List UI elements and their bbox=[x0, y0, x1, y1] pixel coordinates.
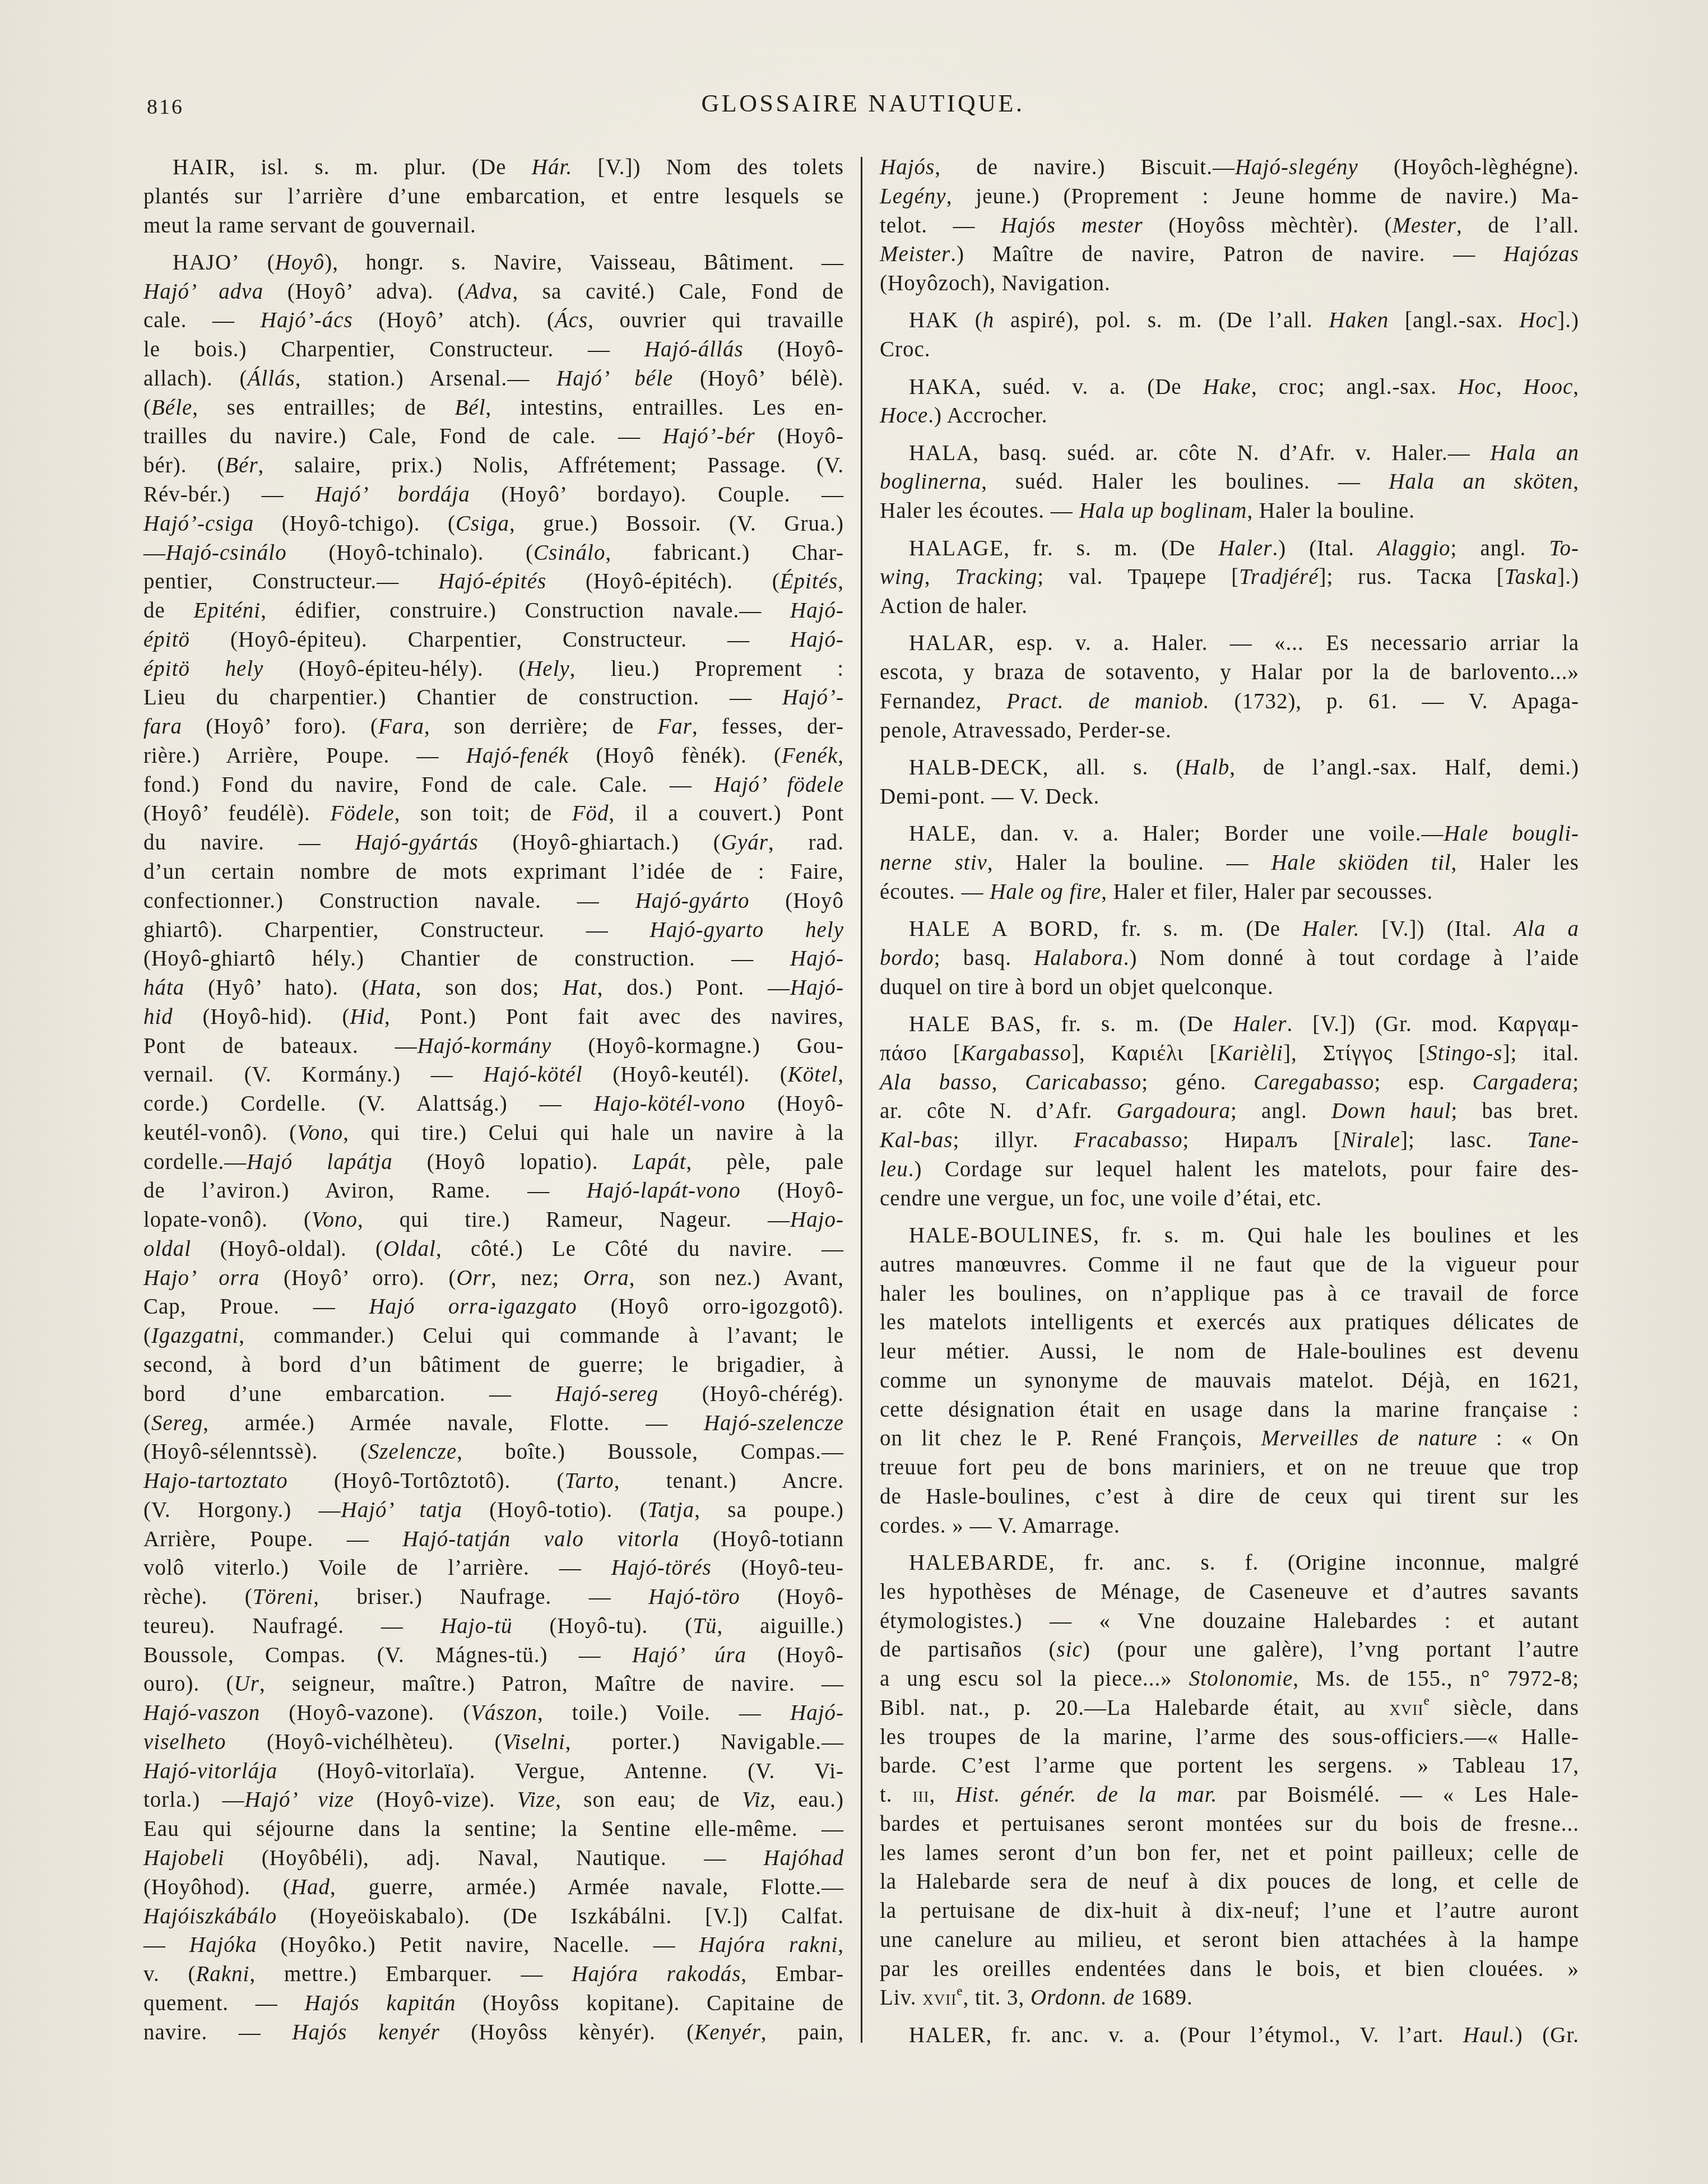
italic-text: Karièli bbox=[1217, 1041, 1283, 1065]
text-line: viselheto (Hoyô-vichélhèteu). (Viselni, … bbox=[143, 1728, 844, 1757]
italic-text: Ordonn. de bbox=[1031, 1986, 1135, 2010]
italic-text: Hajó-lapát-vono bbox=[587, 1179, 741, 1203]
entry-headword: HAIR bbox=[173, 155, 229, 179]
italic-text: Hooc bbox=[1524, 375, 1573, 399]
italic-text: Tü bbox=[693, 1614, 717, 1638]
italic-text: Meister bbox=[880, 242, 950, 266]
italic-text: Nirale bbox=[1341, 1128, 1400, 1152]
italic-text: Csiga bbox=[456, 512, 509, 536]
italic-text: Ács bbox=[555, 308, 588, 332]
text-line: Fernandez, Pract. de maniob. (1732), p. … bbox=[880, 687, 1579, 716]
text-line: les hypothèses de Ménage, de Caseneuve e… bbox=[880, 1578, 1579, 1607]
italic-text: Oldal bbox=[383, 1237, 436, 1261]
italic-text: Orr bbox=[456, 1266, 491, 1290]
text-line: boglinerna, suéd. Haler les boulines. — … bbox=[880, 467, 1579, 497]
text-line: second, à bord d’un bâtiment de guerre; … bbox=[143, 1351, 844, 1380]
text-line: Lieu du charpentier.) Chantier de constr… bbox=[143, 683, 844, 712]
text-line: Haler les écoutes. — Hala up boglinam, H… bbox=[880, 497, 1579, 526]
italic-text: Sereg bbox=[151, 1411, 203, 1435]
entry-headword: HALE BAS bbox=[909, 1012, 1036, 1036]
column-right: Hajós, de navire.) Biscuit.—Hajó-slegény… bbox=[880, 153, 1579, 2050]
italic-text: Hajózas bbox=[1503, 242, 1579, 266]
small-caps-text: xvii bbox=[922, 1986, 957, 2010]
italic-text: Tarto bbox=[565, 1469, 614, 1493]
text-line: escota, y braza de sotavento, y Halar po… bbox=[880, 658, 1579, 687]
italic-text: Kal-bas bbox=[880, 1128, 953, 1152]
italic-text: Hajó’ béle bbox=[556, 367, 673, 391]
italic-text: Hajó-állás bbox=[644, 337, 744, 361]
text-line: la Halebarde sera de neuf à dix pouces d… bbox=[880, 1867, 1579, 1896]
entry-headword: HALAR bbox=[909, 631, 988, 655]
italic-text: Hely bbox=[526, 657, 570, 681]
italic-text: Alaggio bbox=[1377, 536, 1451, 560]
italic-text: Fenék bbox=[782, 744, 838, 768]
text-line: allach). (Állás, station.) Arsenal.— Haj… bbox=[143, 364, 844, 393]
italic-text: Vászon bbox=[471, 1701, 537, 1725]
italic-text: Hid bbox=[350, 1005, 385, 1029]
text-line: leur métier. Aussi, le nom de Hale-bouli… bbox=[880, 1337, 1579, 1366]
italic-text: Mester bbox=[1393, 214, 1456, 238]
italic-text: Epiténi bbox=[194, 599, 261, 623]
italic-text: Legény bbox=[880, 184, 946, 208]
italic-text: Hajós mester bbox=[1001, 214, 1143, 238]
text-line: cale. — Hajó’-ács (Hoyô’ atch). (Ács, ou… bbox=[143, 306, 844, 335]
text-line: écoutes. — Hale og fire, Haler et filer,… bbox=[880, 878, 1579, 907]
text-line: (Hoyô’ feudélè). Födele, son toit; de Fö… bbox=[143, 799, 844, 828]
italic-text: Hajó- bbox=[790, 599, 844, 623]
text-line: ar. côte N. d’Afr. Gargadoura; angl. Dow… bbox=[880, 1097, 1579, 1126]
italic-text: Taska bbox=[1505, 565, 1558, 589]
italic-text: wing bbox=[880, 565, 925, 589]
italic-text: Hajóka bbox=[189, 1933, 257, 1957]
text-line: HALE A BORD, fr. s. m. (De Haler. [V.]) … bbox=[880, 915, 1579, 944]
italic-text: Lapát bbox=[633, 1150, 686, 1174]
italic-text: Rakni bbox=[196, 1962, 249, 1986]
text-line: cordes. » — V. Amarrage. bbox=[880, 1511, 1579, 1541]
italic-text: Hajo- bbox=[790, 1208, 844, 1232]
text-line: le bois.) Charpentier, Constructeur. — H… bbox=[143, 335, 844, 364]
italic-text: Vize bbox=[517, 1788, 555, 1812]
text-line: Kal-bas; illyr. Fracabasso; Ниралъ [Nira… bbox=[880, 1126, 1579, 1155]
italic-text: Ala a bbox=[1514, 917, 1579, 941]
glossary-entry: HAK (h aspiré), pol. s. m. (De l’all. Ha… bbox=[880, 306, 1579, 364]
italic-text: viselheto bbox=[143, 1730, 226, 1754]
text-line: HALE, dan. v. a. Haler; Border une voile… bbox=[880, 819, 1579, 848]
italic-text: Hajó’ bordája bbox=[315, 483, 470, 507]
text-line: Hajó-vitorlája (Hoyô-vitorlaïa). Vergue,… bbox=[143, 1757, 844, 1786]
italic-text: Hajóhad bbox=[764, 1846, 844, 1870]
italic-text: Hata bbox=[370, 976, 416, 1000]
italic-text: Haken bbox=[1329, 308, 1389, 332]
italic-text: Hoyô bbox=[275, 251, 324, 275]
italic-text: boglinerna bbox=[880, 470, 981, 494]
italic-text: Hajó-csinálo bbox=[166, 541, 287, 565]
italic-text: Hajó-gyárto bbox=[635, 889, 750, 913]
italic-text: Hajó-tatján valo vitorla bbox=[402, 1527, 679, 1551]
italic-text: Állás bbox=[247, 367, 295, 391]
italic-text: Cargadera bbox=[1472, 1070, 1572, 1095]
text-line: par les oreilles endentées dans le bois,… bbox=[880, 1955, 1579, 1984]
glossary-entry: HAIR, isl. s. m. plur. (De Hár. [V.]) No… bbox=[143, 153, 844, 240]
text-line: les lames seront d’un bon fer, net et po… bbox=[880, 1839, 1579, 1868]
text-line: (Hoyôzoch), Navigation. bbox=[880, 269, 1579, 298]
text-line: rèche). (Töreni, briser.) Naufrage. — Ha… bbox=[143, 1583, 844, 1612]
italic-text: Haul. bbox=[1463, 2023, 1515, 2047]
text-line: HAK (h aspiré), pol. s. m. (De l’all. Ha… bbox=[880, 306, 1579, 335]
text-line: cette désignation était en usage dans la… bbox=[880, 1395, 1579, 1425]
italic-text: Hat bbox=[563, 976, 597, 1000]
italic-text: Hala an sköten bbox=[1389, 470, 1573, 494]
text-line: torla.) —Hajó’ vize (Hoyô-vize). Vize, s… bbox=[143, 1786, 844, 1815]
text-line: Hajó’-csiga (Hoyô-tchigo). (Csiga, grue.… bbox=[143, 509, 844, 539]
text-line: HALAR, esp. v. a. Haler. — «... Es neces… bbox=[880, 629, 1579, 658]
text-line: fara (Hoyô’ foro). (Fara, son derrière; … bbox=[143, 712, 844, 741]
text-line: penole, Atravessado, Perder-se. bbox=[880, 716, 1579, 745]
entry-headword: HALE bbox=[909, 822, 971, 846]
text-line: de Hasle-boulines, c’est à dire de ceux … bbox=[880, 1482, 1579, 1511]
italic-text: Hale og fire bbox=[990, 880, 1101, 904]
italic-text: h bbox=[983, 308, 995, 332]
text-line: HAJO’ (Hoyô), hongr. s. Navire, Vaisseau… bbox=[143, 248, 844, 277]
text-line: ouro). (Ur, seigneur, maître.) Patron, M… bbox=[143, 1670, 844, 1699]
italic-text: épitö bbox=[143, 628, 190, 652]
text-line: Hajóiszkábálo (Hoyeöiskabalo). (De Iszká… bbox=[143, 1902, 844, 1931]
italic-text: Hajo-kötél-vono bbox=[594, 1092, 746, 1116]
entry-headword: HAKA bbox=[909, 375, 976, 399]
italic-text: Hajós bbox=[880, 155, 935, 179]
italic-text: Hoc bbox=[1458, 375, 1496, 399]
italic-text: Hajós kapitán bbox=[305, 1991, 456, 2015]
text-line: Arrière, Poupe. — Hajó-tatján valo vitor… bbox=[143, 1525, 844, 1554]
italic-text: Hajo-tü bbox=[440, 1614, 512, 1638]
italic-text: Caricabasso bbox=[1025, 1070, 1141, 1095]
text-line: wing, Tracking; val. Траџере [Tradjéré];… bbox=[880, 563, 1579, 592]
italic-text: fara bbox=[143, 715, 182, 739]
column-left: HAIR, isl. s. m. plur. (De Hár. [V.]) No… bbox=[143, 153, 844, 2047]
entry-headword: HAK bbox=[909, 308, 959, 332]
entry-headword: HALB-DECK bbox=[909, 755, 1043, 780]
italic-text: Hajó orra-igazgato bbox=[369, 1295, 577, 1319]
text-line: v. (Rakni, mettre.) Embarquer. — Hajóra … bbox=[143, 1960, 844, 1989]
text-line: — Hajóka (Hoyôko.) Petit navire, Nacelle… bbox=[143, 1931, 844, 1960]
glossary-entry: HALB-DECK, all. s. (Halb, de l’angl.-sax… bbox=[880, 753, 1579, 812]
italic-text: Kötel bbox=[788, 1063, 838, 1087]
text-line: confectionner.) Construction navale. — H… bbox=[143, 887, 844, 916]
italic-text: Hajó-slegény bbox=[1235, 155, 1358, 179]
italic-text: Had bbox=[291, 1875, 330, 1899]
text-line: treuue fort peu de bons mariniers, et on… bbox=[880, 1453, 1579, 1482]
text-line: oldal (Hoyô-oldal). (Oldal, côté.) Le Cô… bbox=[143, 1235, 844, 1264]
text-line: Hajobeli (Hoyôbéli), adj. Naval, Nautiqu… bbox=[143, 1844, 844, 1873]
text-line: cendre une vergue, un foc, une voile d’é… bbox=[880, 1184, 1579, 1213]
text-line: bardes et pertuisanes seront montées sur… bbox=[880, 1810, 1579, 1839]
text-line: pentier, Constructeur.— Hajó-épités (Hoy… bbox=[143, 567, 844, 596]
text-line: HALA, basq. suéd. ar. côte N. d’Afr. v. … bbox=[880, 439, 1579, 468]
italic-text: Hajó’- bbox=[782, 685, 844, 710]
small-caps-text: iii bbox=[913, 1783, 930, 1807]
glossary-entry: HAJO’ (Hoyô), hongr. s. Navire, Vaisseau… bbox=[143, 248, 844, 2047]
glossary-entry: HALAGE, fr. s. m. (De Haler.) (Ital. Ala… bbox=[880, 534, 1579, 621]
entry-headword: HALE A BORD bbox=[909, 917, 1093, 941]
text-line: keutél-vonô). (Vono, qui tire.) Celui qu… bbox=[143, 1119, 844, 1148]
text-line: les troupes de la marine, l’arme des sou… bbox=[880, 1723, 1579, 1752]
text-line: une canelure au milieu, et seront bien a… bbox=[880, 1926, 1579, 1955]
italic-text: Hoc bbox=[1519, 308, 1557, 332]
text-line: épitö (Hoyô-épiteu). Charpentier, Constr… bbox=[143, 625, 844, 655]
text-line: duquel on tire à bord un objet quelconqu… bbox=[880, 973, 1579, 1002]
text-line: Hajó’ adva (Hoyô’ adva). (Adva, sa cavit… bbox=[143, 277, 844, 307]
text-line: nerne stiv, Haler la bouline. — Hale ski… bbox=[880, 848, 1579, 878]
italic-text: Adva bbox=[465, 280, 512, 304]
text-line: trailles du navire.) Cale, Fond de cale.… bbox=[143, 422, 844, 451]
italic-text: Hajóra rakni bbox=[699, 1933, 838, 1957]
text-line: de l’aviron.) Aviron, Rame. — Hajó-lapát… bbox=[143, 1176, 844, 1205]
text-line: corde.) Cordelle. (V. Alattság.) — Hajo-… bbox=[143, 1089, 844, 1119]
text-line: étymologistes.) — « Vne douzaine Halebar… bbox=[880, 1607, 1579, 1636]
text-line: Cap, Proue. — Hajó orra-igazgato (Hoyô o… bbox=[143, 1292, 844, 1321]
text-line: barde. C’est l’arme que portent les serg… bbox=[880, 1751, 1579, 1780]
italic-text: nerne stiv bbox=[880, 851, 987, 875]
superscript-text: e bbox=[1423, 1694, 1429, 1708]
italic-text: Stingo-s bbox=[1427, 1041, 1503, 1065]
text-line: Hajós, de navire.) Biscuit.—Hajó-slegény… bbox=[880, 153, 1579, 182]
italic-text: Halabora bbox=[1034, 946, 1124, 970]
text-line: HALAGE, fr. s. m. (De Haler.) (Ital. Ala… bbox=[880, 534, 1579, 563]
italic-text: Hár. bbox=[532, 155, 572, 179]
italic-text: Hajó’ födele bbox=[714, 773, 844, 797]
entry-headword: HAJO’ bbox=[173, 251, 240, 275]
italic-text: Hajó’ úra bbox=[632, 1643, 746, 1667]
italic-text: Tatja bbox=[647, 1498, 694, 1522]
italic-text: Kenyér bbox=[694, 2020, 761, 2044]
text-line: Bibl. nat., p. 20.—La Halebarde était, a… bbox=[880, 1694, 1579, 1723]
text-line: leu.) Cordage sur lequel halent les mate… bbox=[880, 1155, 1579, 1184]
text-line: (Hoyô-ghiartô hély.) Chantier de constru… bbox=[143, 944, 844, 973]
italic-text: Hajó-vitorlája bbox=[143, 1759, 277, 1783]
text-line: Eau qui séjourne dans la sentine; la Sen… bbox=[143, 1815, 844, 1844]
italic-text: Merveilles de nature bbox=[1261, 1426, 1477, 1450]
text-line: du navire. — Hajó-gyártás (Hoyô-ghiartac… bbox=[143, 828, 844, 857]
italic-text: Viz bbox=[742, 1788, 770, 1812]
text-line: Ala basso, Caricabasso; géno. Caregabass… bbox=[880, 1068, 1579, 1097]
glossary-entry: HALAR, esp. v. a. Haler. — «... Es neces… bbox=[880, 629, 1579, 745]
italic-text: Pract. de maniob. bbox=[1006, 689, 1210, 713]
italic-text: Fara bbox=[378, 715, 424, 739]
text-line: Demi-pont. — V. Deck. bbox=[880, 782, 1579, 812]
italic-text: háta bbox=[143, 976, 184, 1000]
italic-text: Hala up boglinam bbox=[1079, 499, 1247, 523]
text-line: volô viterlo.) Voile de l’arrière. — Haj… bbox=[143, 1554, 844, 1583]
italic-text: Hajó- bbox=[790, 1701, 844, 1725]
italic-text: Hajó-vaszon bbox=[143, 1701, 260, 1725]
italic-text: Hajó-gyártás bbox=[355, 831, 479, 855]
glossary-entry: HALA, basq. suéd. ar. côte N. d’Afr. v. … bbox=[880, 439, 1579, 526]
italic-text: Caregabasso bbox=[1254, 1070, 1374, 1095]
text-line: comme un synonyme de mauvais matelot. Dé… bbox=[880, 1366, 1579, 1395]
italic-text: Hajó-töro bbox=[648, 1585, 740, 1609]
glossary-entry: HALE BAS, fr. s. m. (De Haler. [V.]) (Gr… bbox=[880, 1010, 1579, 1213]
italic-text: Hake bbox=[1203, 375, 1251, 399]
italic-text: Hoce bbox=[880, 404, 928, 428]
italic-text: Hajó’ vize bbox=[245, 1788, 355, 1812]
text-line: de partisaños (sic) (pour une galère), l… bbox=[880, 1635, 1579, 1664]
page-number: 816 bbox=[147, 96, 184, 118]
italic-text: Hajó-fenék bbox=[466, 744, 569, 768]
italic-text: Hajó’-csiga bbox=[143, 512, 254, 536]
entry-headword: HALA bbox=[909, 441, 973, 465]
entry-headword: HALER bbox=[909, 2023, 986, 2047]
text-line: ghiartô). Charpentier, Constructeur. — H… bbox=[143, 916, 844, 945]
text-line: telot. — Hajós mester (Hoyôss mèchtèr). … bbox=[880, 211, 1579, 240]
text-line: HAIR, isl. s. m. plur. (De Hár. [V.]) No… bbox=[143, 153, 844, 182]
text-line: navire. — Hajós kenyér (Hoyôss kènyér). … bbox=[143, 2018, 844, 2047]
text-line: hid (Hoyô-hid). (Hid, Pont.) Pont fait a… bbox=[143, 1003, 844, 1032]
text-line: quement. — Hajós kapitán (Hoyôss kopitan… bbox=[143, 1989, 844, 2018]
italic-text: Orra bbox=[583, 1266, 629, 1290]
text-line: háta (Hyô’ hato). (Hata, son dos; Hat, d… bbox=[143, 973, 844, 1003]
italic-text: Hajó- bbox=[790, 628, 844, 652]
column-rule bbox=[861, 157, 862, 2043]
text-line: Croc. bbox=[880, 335, 1579, 364]
text-line: cordelle.—Hajó lapátja (Hoyô lopatio). L… bbox=[143, 1148, 844, 1177]
italic-text: Hajó’ adva bbox=[143, 280, 263, 304]
text-line: HALE-BOULINES, fr. s. m. Qui hale les bo… bbox=[880, 1221, 1579, 1250]
italic-text: Födele bbox=[330, 801, 394, 826]
text-line: HALER, fr. anc. v. a. (Pour l’étymol., V… bbox=[880, 2021, 1579, 2050]
italic-text: Halb bbox=[1183, 755, 1229, 780]
italic-text: Béle bbox=[151, 396, 192, 420]
glossary-entry: HALER, fr. anc. v. a. (Pour l’étymol., V… bbox=[880, 2021, 1579, 2050]
italic-text: Hajó’-bér bbox=[663, 424, 755, 448]
text-line: πάσο [Kargabasso], Καριέλι [Karièli], Στ… bbox=[880, 1039, 1579, 1068]
text-line: teureu). Naufragé. — Hajo-tü (Hoyô-tu). … bbox=[143, 1612, 844, 1641]
text-line: Action de haler. bbox=[880, 592, 1579, 621]
entry-headword: HALEBARDE bbox=[909, 1551, 1049, 1575]
text-line: (Hoyôhod). (Had, guerre, armée.) Armée n… bbox=[143, 1873, 844, 1902]
text-line: (Hoyô-sélenntssè). (Szelencze, boîte.) B… bbox=[143, 1438, 844, 1467]
italic-text: Far bbox=[657, 715, 692, 739]
italic-text: Hala an bbox=[1490, 441, 1579, 465]
glossary-entry: HALE, dan. v. a. Haler; Border une voile… bbox=[880, 819, 1579, 906]
text-line: meut la rame servant de gouvernail. bbox=[143, 211, 844, 240]
text-line: plantés sur l’arrière d’une embarcation,… bbox=[143, 182, 844, 211]
text-line: Liv. xviie, tit. 3, Ordonn. de 1689. bbox=[880, 1983, 1579, 2013]
text-line: Pont de bateaux. —Hajó-kormány (Hoyô-kor… bbox=[143, 1032, 844, 1061]
italic-text: Bér bbox=[225, 453, 258, 477]
text-line: lopate-vonô). (Vono, qui tire.) Rameur, … bbox=[143, 1205, 844, 1235]
italic-text: bordo bbox=[880, 946, 934, 970]
running-title: GLOSSAIRE NAUTIQUE. bbox=[702, 91, 1025, 116]
small-caps-text: xvii bbox=[1389, 1696, 1423, 1720]
text-line: Boussole, Compas. (V. Mágnes-tü.) — Hajó… bbox=[143, 1641, 844, 1670]
italic-text: Hajo-tartoztato bbox=[143, 1469, 288, 1493]
italic-text: Stolonomie bbox=[1189, 1667, 1293, 1691]
italic-text: Gargadoura bbox=[1116, 1099, 1231, 1123]
text-line: —Hajó-csinálo (Hoyô-tchinalo). (Csinálo,… bbox=[143, 539, 844, 568]
italic-text: épitö hely bbox=[143, 657, 263, 681]
text-line: bord d’une embarcation. — Hajó-sereg (Ho… bbox=[143, 1380, 844, 1409]
italic-text: Igazgatni bbox=[151, 1324, 239, 1348]
text-line: de Epiténi, édifier, construire.) Constr… bbox=[143, 596, 844, 625]
italic-text: Szelencze bbox=[368, 1440, 457, 1464]
entry-headword: HALE-BOULINES bbox=[909, 1223, 1093, 1248]
text-line: bér). (Bér, salaire, prix.) Nolis, Affré… bbox=[143, 451, 844, 480]
italic-text: Föd bbox=[572, 801, 609, 826]
italic-text: Hajó lapátja bbox=[247, 1150, 393, 1174]
entry-headword: HALAGE bbox=[909, 536, 1004, 560]
italic-text: hid bbox=[143, 1005, 173, 1029]
italic-text: Hajós kenyér bbox=[292, 2020, 440, 2044]
text-line: haler les boulines, on n’applique pas à … bbox=[880, 1279, 1579, 1309]
italic-text: Down haul bbox=[1331, 1099, 1451, 1123]
italic-text: Bél bbox=[455, 396, 486, 420]
italic-text: Épités bbox=[780, 569, 838, 593]
text-line: Rév-bér.) — Hajó’ bordája (Hoyô’ bordayo… bbox=[143, 480, 844, 509]
text-line: Meister.) Maître de navire, Patron de na… bbox=[880, 240, 1579, 269]
italic-text: Hajó-törés bbox=[611, 1556, 712, 1580]
text-line: fond.) Fond du navire, Fond de cale. Cal… bbox=[143, 771, 844, 800]
italic-text: Hajobeli bbox=[143, 1846, 224, 1870]
book-page: 816 GLOSSAIRE NAUTIQUE. HAIR, isl. s. m.… bbox=[0, 0, 1708, 2184]
glossary-entry: HALEBARDE, fr. anc. s. f. (Origine incon… bbox=[880, 1548, 1579, 2013]
italic-text: sic bbox=[1057, 1638, 1083, 1662]
text-line: a ung escu sol la piece...» Stolonomie, … bbox=[880, 1664, 1579, 1694]
glossary-entry: HAKA, suéd. v. a. (De Hake, croc; angl.-… bbox=[880, 373, 1579, 431]
text-line: (Béle, ses entrailles; de Bél, intestins… bbox=[143, 393, 844, 423]
text-line: Hoce.) Accrocher. bbox=[880, 401, 1579, 430]
text-line: HALE BAS, fr. s. m. (De Haler. [V.]) (Gr… bbox=[880, 1010, 1579, 1039]
text-line: HALB-DECK, all. s. (Halb, de l’angl.-sax… bbox=[880, 753, 1579, 782]
superscript-text: e bbox=[957, 1984, 963, 1998]
text-line: HALEBARDE, fr. anc. s. f. (Origine incon… bbox=[880, 1548, 1579, 1578]
italic-text: Vono bbox=[312, 1208, 358, 1232]
text-line: rière.) Arrière, Poupe. — Hajó-fenék (Ho… bbox=[143, 741, 844, 771]
italic-text: Haler. bbox=[1302, 917, 1359, 941]
italic-text: Hist. génér. de la mar. bbox=[955, 1783, 1217, 1807]
italic-text: Hajo’ orra bbox=[143, 1266, 260, 1290]
italic-text: Hale skiöden til bbox=[1271, 851, 1451, 875]
text-line: vernail. (V. Kormány.) — Hajó-kötél (Hoy… bbox=[143, 1060, 844, 1089]
italic-text: Kargabasso bbox=[961, 1041, 1071, 1065]
italic-text: Ur bbox=[234, 1672, 259, 1696]
text-line: HAKA, suéd. v. a. (De Hake, croc; angl.-… bbox=[880, 373, 1579, 402]
text-line: Hajo-tartoztato (Hoyô-Tortôztotô). (Tart… bbox=[143, 1467, 844, 1496]
italic-text: Ala basso bbox=[880, 1070, 992, 1095]
italic-text: To- bbox=[1549, 536, 1579, 560]
italic-text: Haler bbox=[1218, 536, 1272, 560]
italic-text: Csinálo bbox=[533, 541, 605, 565]
italic-text: Tane- bbox=[1528, 1128, 1579, 1152]
text-line: (Igazgatni, commander.) Celui qui comman… bbox=[143, 1321, 844, 1351]
glossary-entry: HALE A BORD, fr. s. m. (De Haler. [V.]) … bbox=[880, 915, 1579, 1001]
glossary-entry: HALE-BOULINES, fr. s. m. Qui hale les bo… bbox=[880, 1221, 1579, 1540]
italic-text: Hajóiszkábálo bbox=[143, 1904, 277, 1928]
italic-text: Töreni bbox=[253, 1585, 314, 1609]
text-line: les matelots intelligents et exercés aux… bbox=[880, 1308, 1579, 1337]
italic-text: Hajó-szelencze bbox=[704, 1411, 844, 1435]
italic-text: Hajó-épités bbox=[438, 569, 546, 593]
italic-text: oldal bbox=[143, 1237, 191, 1261]
italic-text: Hajóra rakodás bbox=[572, 1962, 741, 1986]
italic-text: Tradjéré bbox=[1239, 565, 1319, 589]
italic-text: Vono bbox=[297, 1121, 343, 1145]
text-line: Legény, jeune.) (Proprement : Jeune homm… bbox=[880, 182, 1579, 211]
italic-text: Hajó’ tatja bbox=[341, 1498, 462, 1522]
italic-text: Viselni bbox=[502, 1730, 565, 1754]
italic-text: Hajó’-ács bbox=[261, 308, 353, 332]
text-line: autres manœuvres. Comme il ne faut que d… bbox=[880, 1250, 1579, 1279]
text-line: la pertuisane de dix-huit à dix-neuf; l’… bbox=[880, 1896, 1579, 1926]
